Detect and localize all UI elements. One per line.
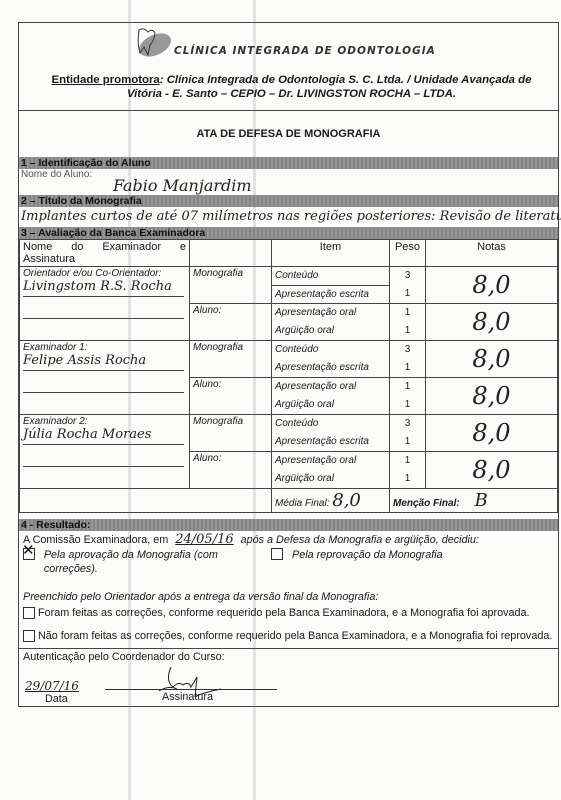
grade-aluno[interactable]: 8,0: [426, 378, 558, 415]
corrections-done-label: Foram feitas as correções, conforme requ…: [38, 607, 530, 619]
peso-cell: 11: [390, 378, 426, 415]
table-row: Examinador 1: Felipe Assis Rocha Monogra…: [20, 341, 558, 378]
peso-value: 1: [390, 304, 425, 322]
auth-label: Autenticação pelo Coordenador do Curso:: [23, 651, 225, 663]
grade-monografia[interactable]: 8,0: [426, 415, 558, 452]
peso-cell: 11: [390, 304, 426, 341]
evaluation-table: Nome do Examinador e Assinatura Item Pes…: [19, 239, 558, 513]
item-cell: ConteúdoApresentação escrita: [272, 341, 390, 378]
option-corrections-not-done[interactable]: Não foram feitas as correções, conforme …: [23, 626, 554, 646]
group-aluno: Aluno:: [190, 452, 272, 489]
examiner-cell: Examinador 1: Felipe Assis Rocha: [20, 341, 190, 415]
grade-aluno[interactable]: 8,0: [426, 304, 558, 341]
entity-promotora: Entidade promotora: Clínica Integrada de…: [33, 73, 550, 101]
peso-value: 1: [390, 378, 425, 396]
mencao-value[interactable]: B: [474, 490, 487, 511]
option-corrections-done[interactable]: Foram feitas as correções, conforme requ…: [23, 606, 554, 620]
examiner-name[interactable]: Livingstom R.S. Rocha: [23, 279, 172, 294]
group-aluno: Aluno:: [190, 304, 272, 341]
examiner-cell: Examinador 2: Júlia Rocha Moraes: [20, 415, 190, 489]
group-monografia: Monografia: [190, 341, 272, 378]
item-cell: ConteúdoApresentação escrita: [272, 415, 390, 452]
document-title: ATA DE DEFESA DE MONOGRAFIA: [19, 111, 558, 157]
corrections-not-done-label: Não foram feitas as correções, conforme …: [38, 630, 552, 642]
approve-option[interactable]: Pela aprovação da Monografia (com correç…: [23, 548, 271, 576]
item-arguicao-oral: Argüição oral: [272, 396, 389, 414]
item-cell: Apresentação oralArgüição oral: [272, 378, 390, 415]
corrections-not-done-checkbox[interactable]: [23, 630, 35, 642]
group-monografia: Monografia: [190, 267, 272, 304]
peso-value: 3: [390, 341, 425, 359]
peso-value: 1: [390, 433, 425, 451]
result-intro: A Comissão Examinadora, em: [23, 534, 168, 546]
examiner-role: Orientador e/ou Co-Orientador:: [23, 268, 186, 279]
reject-label: Pela reprovação da Monografia: [292, 548, 443, 576]
approve-label: Pela aprovação da Monografia (com correç…: [44, 548, 271, 576]
media-label: Média Final:: [275, 498, 329, 509]
grade-aluno[interactable]: 8,0: [426, 452, 558, 489]
result-section: A Comissão Examinadora, em 24/05/16 após…: [19, 531, 558, 648]
clinic-name: CLÍNICA INTEGRADA DE ODONTOLOGIA: [174, 45, 436, 57]
examiner-cell: Orientador e/ou Co-Orientador: Livingsto…: [20, 267, 190, 341]
student-label: Nome do Aluno:: [21, 169, 92, 180]
table-header-row: Nome do Examinador e Assinatura Item Pes…: [20, 240, 558, 267]
item-apresentacao-oral: Apresentação oral: [272, 304, 389, 322]
item-conteudo: Conteúdo: [272, 415, 389, 433]
item-apresentacao-escrita: Apresentação escrita: [272, 359, 389, 377]
group-aluno: Aluno:: [190, 378, 272, 415]
defense-date[interactable]: 24/05/16: [175, 532, 233, 547]
section-1-header: 1 – Identificação do Aluno: [19, 157, 558, 169]
header-peso: Peso: [390, 240, 426, 267]
examiner-name[interactable]: Felipe Assis Rocha: [23, 353, 146, 368]
item-conteudo: Conteúdo: [272, 267, 389, 285]
decision-options: Pela aprovação da Monografia (com correç…: [23, 548, 554, 576]
examiner-name[interactable]: Júlia Rocha Moraes: [23, 427, 151, 442]
examiner-role: Examinador 2:: [23, 416, 186, 427]
header: CLÍNICA INTEGRADA DE ODONTOLOGIA Entidad…: [19, 23, 558, 111]
thesis-row: Implantes curtos de até 07 milímetros na…: [19, 207, 558, 227]
final-empty: [20, 489, 272, 513]
peso-value: 1: [390, 322, 425, 340]
peso-value: 1: [390, 359, 425, 377]
item-apresentacao-oral: Apresentação oral: [272, 452, 389, 470]
approve-checkbox[interactable]: [23, 548, 35, 560]
entity-label: Entidade promotora: [52, 74, 160, 86]
header-examiner: Nome do Examinador e Assinatura: [20, 240, 190, 267]
peso-cell: 31: [390, 415, 426, 452]
item-cell: Apresentação oralArgüição oral: [272, 304, 390, 341]
result-intro-2: após a Defesa da Monografia e argüição, …: [241, 534, 479, 546]
peso-cell: 11: [390, 452, 426, 489]
thesis-title[interactable]: Implantes curtos de até 07 milímetros na…: [21, 209, 561, 224]
table-row: Examinador 2: Júlia Rocha Moraes Monogra…: [20, 415, 558, 452]
peso-value: 1: [390, 396, 425, 414]
section-2-header: 2 – Título da Monografia: [19, 195, 558, 207]
tooth-logo-icon: [129, 27, 173, 57]
date-label: Data: [45, 693, 68, 705]
section-4-header: 4 - Resultado:: [19, 519, 558, 531]
item-apresentacao-escrita: Apresentação escrita: [272, 433, 389, 451]
final-row: Média Final: 8,0 Menção Final: B: [20, 489, 558, 513]
form-document: CLÍNICA INTEGRADA DE ODONTOLOGIA Entidad…: [18, 22, 559, 707]
mencao-final-cell: Menção Final: B: [390, 489, 558, 513]
section-3-header: 3 – Avaliação da Banca Examinadora: [19, 227, 558, 239]
peso-cell: 31: [390, 267, 426, 304]
group-monografia: Monografia: [190, 415, 272, 452]
grade-monografia[interactable]: 8,0: [426, 341, 558, 378]
media-final-cell: Média Final: 8,0: [272, 489, 390, 513]
item-conteudo: Conteúdo: [272, 341, 389, 359]
result-line: A Comissão Examinadora, em 24/05/16 após…: [23, 533, 554, 547]
auth-date[interactable]: 29/07/16: [25, 679, 79, 693]
peso-value: 1: [390, 285, 425, 303]
media-value[interactable]: 8,0: [332, 490, 361, 511]
student-row: Nome do Aluno: Fabio Manjardim: [19, 169, 558, 195]
item-apresentacao-oral: Apresentação oral: [272, 378, 389, 396]
item-cell: Apresentação oralArgüição oral: [272, 452, 390, 489]
peso-cell: 31: [390, 341, 426, 378]
peso-value: 3: [390, 267, 425, 285]
item-arguicao-oral: Argüição oral: [272, 322, 389, 340]
examiner-role: Examinador 1:: [23, 342, 186, 353]
table-row: Orientador e/ou Co-Orientador: Livingsto…: [20, 267, 558, 304]
entity-text: : Clínica Integrada de Odontologia S. C.…: [127, 74, 532, 100]
item-arguicao-oral: Argüição oral: [272, 470, 389, 488]
grade-monografia[interactable]: 8,0: [426, 267, 558, 304]
peso-value: 3: [390, 415, 425, 433]
orientador-note: Preenchido pelo Orientador após a entreg…: [23, 590, 554, 604]
coordinator-authentication: Autenticação pelo Coordenador do Curso: …: [19, 648, 558, 706]
header-empty: [190, 240, 272, 267]
peso-value: 1: [390, 470, 425, 488]
header-notas: Notas: [426, 240, 558, 267]
item-apresentacao-escrita: Apresentação escrita: [272, 285, 389, 303]
student-name[interactable]: Fabio Manjardim: [113, 176, 252, 195]
corrections-done-checkbox[interactable]: [23, 607, 35, 619]
header-item: Item: [272, 240, 390, 267]
mencao-label: Menção Final:: [393, 498, 460, 509]
reject-option[interactable]: Pela reprovação da Monografia: [271, 548, 443, 576]
item-cell: ConteúdoApresentação escrita: [272, 267, 390, 304]
reject-checkbox[interactable]: [271, 548, 283, 560]
peso-value: 1: [390, 452, 425, 470]
signature-label: Assinatura: [162, 691, 213, 703]
